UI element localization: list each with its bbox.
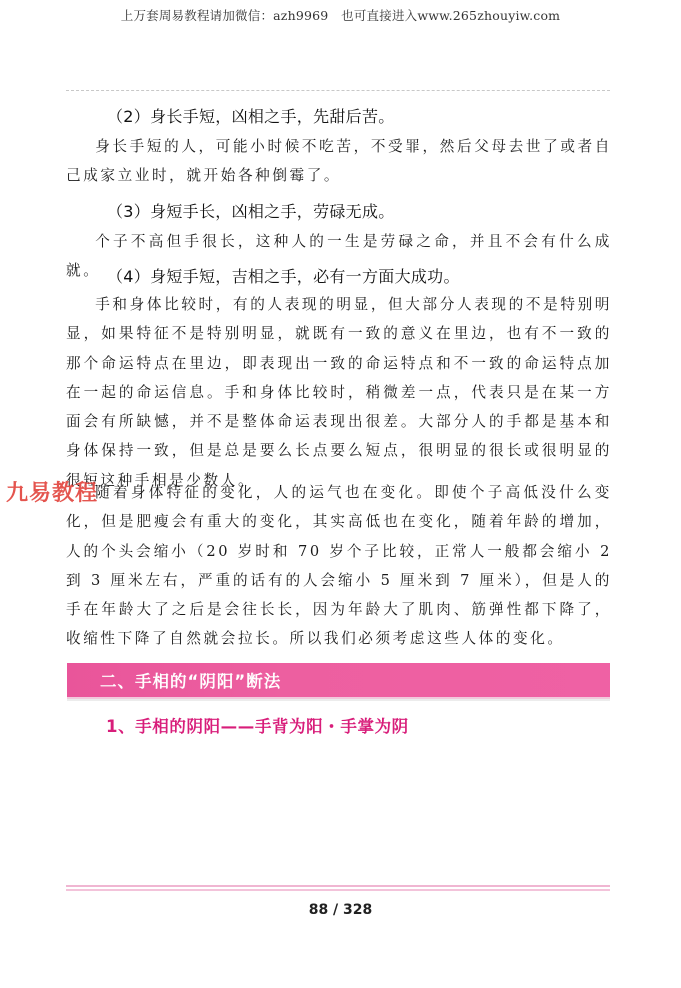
subhead-2: （2）身长手短，凶相之手，先甜后苦。 [107, 104, 395, 127]
subhead-4: （4）身短手短，吉相之手，必有一方面大成功。 [107, 264, 460, 287]
header-divider [66, 90, 610, 91]
footer-rule-bottom [66, 889, 610, 891]
sub-section-title: 1、手相的阴阳——手背为阳・手掌为阴 [106, 713, 409, 737]
subhead-3: （3）身短手长，凶相之手，劳碌无成。 [107, 199, 395, 222]
paragraph-1: 身长手短的人，可能小时候不吃苦，不受罪，然后父母去世了或者自己成家立业时，就开始… [66, 132, 612, 191]
section-title: 二、手相的“阴阳”断法 [100, 668, 281, 692]
section-header-shadow [67, 699, 610, 701]
paragraph-4: 随着身体特征的变化，人的运气也在变化。即使个子高低没什么变化，但是肥瘦会有重大的… [66, 478, 612, 654]
header-watermark: 上万套周易教程请加微信：azh9969 也可直接进入www.265zhouyiw… [0, 6, 681, 24]
side-watermark-logo: 九易教程 [6, 476, 98, 507]
paragraph-3: 手和身体比较时，有的人表现的明显，但大部分人表现的不是特别明显，如果特征不是特别… [66, 290, 612, 495]
page-number: 88 / 328 [0, 902, 681, 918]
footer-rule-top [66, 885, 610, 887]
